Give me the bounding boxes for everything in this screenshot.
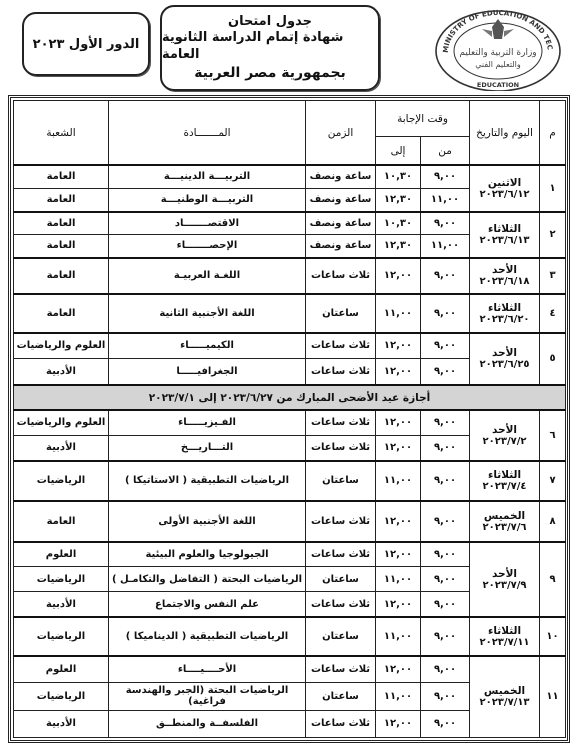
time-from: ٩,٠٠ <box>421 461 470 501</box>
table-row: ١ الاثنين٢٠٢٣/٦/١٢ ٩,٠٠ ١٠,٣٠ ساعة ونصف … <box>14 165 566 188</box>
time-from: ٩,٠٠ <box>421 436 470 461</box>
exam-date: ٢٠٢٣/٦/٢٠ <box>472 314 537 326</box>
day-date-cell: الخميس٢٠٢٣/٧/١٣ <box>470 656 540 738</box>
day-name: الاثنين <box>472 177 537 189</box>
col-header-branch: الشعبة <box>14 101 109 166</box>
day-date-cell: الثلاثاء٢٠٢٣/٧/٤ <box>470 461 540 501</box>
branch: العامة <box>14 165 109 188</box>
day-date-cell: الأحد٢٠٢٣/٧/٩ <box>470 542 540 618</box>
time-from: ٩,٠٠ <box>421 542 470 567</box>
branch: العامة <box>14 501 109 541</box>
day-number: ١١ <box>540 656 566 738</box>
branch: العامة <box>14 235 109 258</box>
time-from: ٩,٠٠ <box>421 656 470 683</box>
day-date-cell: الأحد٢٠٢٣/٦/١٨ <box>470 258 540 294</box>
duration: ثلاث ساعات <box>306 359 376 385</box>
time-from: ٩,٠٠ <box>421 710 470 737</box>
time-from: ٩,٠٠ <box>421 410 470 435</box>
branch: الأدبية <box>14 436 109 461</box>
day-number: ٦ <box>540 410 566 460</box>
subject: الكيميـــــاء <box>109 333 306 359</box>
time-from: ٩,٠٠ <box>421 294 470 332</box>
svg-text:EDUCATION: EDUCATION <box>477 81 519 89</box>
duration: ثلاث ساعات <box>306 656 376 683</box>
title-line-3: بجمهورية مصر العربية <box>194 64 346 82</box>
branch: العلوم <box>14 656 109 683</box>
time-to: ١١,٠٠ <box>376 461 421 501</box>
time-to: ١٢,٠٠ <box>376 333 421 359</box>
exam-date: ٢٠٢٣/٧/٦ <box>472 522 537 534</box>
table-row: ٥ الأحد٢٠٢٣/٦/٢٥ ٩,٠٠ ١٢,٠٠ ثلاث ساعات ا… <box>14 333 566 359</box>
table-row: ٤ الثلاثاء٢٠٢٣/٦/٢٠ ٩,٠٠ ١١,٠٠ ساعتان ال… <box>14 294 566 332</box>
table-row: ٣ الأحد٢٠٢٣/٦/١٨ ٩,٠٠ ١٢,٠٠ ثلاث ساعات ا… <box>14 258 566 294</box>
exam-date: ٢٠٢٣/٦/١٢ <box>472 189 537 201</box>
day-number: ٧ <box>540 461 566 501</box>
subject: الاقتصـــــــاد <box>109 212 306 235</box>
table-row: ١١ الخميس٢٠٢٣/٧/١٣ ٩,٠٠ ١٢,٠٠ ثلاث ساعات… <box>14 656 566 683</box>
day-name: الأحد <box>472 424 537 436</box>
day-name: الأحد <box>472 568 537 580</box>
branch: العامة <box>14 258 109 294</box>
time-from: ٩,٠٠ <box>421 617 470 655</box>
time-to: ١٠,٣٠ <box>376 212 421 235</box>
branch: الأدبية <box>14 710 109 737</box>
time-from: ٩,٠٠ <box>421 501 470 541</box>
exam-date: ٢٠٢٣/٦/١٨ <box>472 276 537 288</box>
holiday-note: أجازة عيد الأضحى المبارك من ٢٠٢٣/٦/٢٧ إل… <box>14 385 566 410</box>
day-number: ١ <box>540 165 566 211</box>
subject: الإحصـــــــاء <box>109 235 306 258</box>
time-to: ١١,٠٠ <box>376 567 421 592</box>
duration: ثلاث ساعات <box>306 333 376 359</box>
time-to: ١٢,٠٠ <box>376 436 421 461</box>
time-to: ١٠,٣٠ <box>376 165 421 188</box>
day-number: ٨ <box>540 501 566 541</box>
branch: الأدبية <box>14 359 109 385</box>
day-date-cell: الثلاثاء٢٠٢٣/٧/١١ <box>470 617 540 655</box>
exam-date: ٢٠٢٣/٧/٩ <box>472 580 537 592</box>
day-name: الثلاثاء <box>472 223 537 235</box>
branch: العلوم والرياضيات <box>14 333 109 359</box>
day-date-cell: الثلاثاء٢٠٢٣/٦/١٣ <box>470 212 540 258</box>
branch: العامة <box>14 212 109 235</box>
branch: العامة <box>14 188 109 211</box>
duration: ساعتان <box>306 683 376 710</box>
subject: الرياضيات التطبيقية ( الاستاتيكا ) <box>109 461 306 501</box>
day-name: الثلاثاء <box>472 469 537 481</box>
subject: الرياضيات البحتة ( التفاضل والتكامـل ) <box>109 567 306 592</box>
subject: الجغرافيـــــا <box>109 359 306 385</box>
time-from: ٩,٠٠ <box>421 165 470 188</box>
col-header-from: من <box>421 137 470 165</box>
col-header-num: م <box>540 101 566 166</box>
subject: الفـيزيـــــاء <box>109 410 306 435</box>
col-header-to: إلى <box>376 137 421 165</box>
duration: ساعتان <box>306 617 376 655</box>
time-from: ١١,٠٠ <box>421 235 470 258</box>
branch: العلوم والرياضيات <box>14 410 109 435</box>
table-row: ٨ الخميس٢٠٢٣/٧/٦ ٩,٠٠ ١٢,٠٠ ثلاث ساعات ا… <box>14 501 566 541</box>
exam-date: ٢٠٢٣/٦/٢٥ <box>472 359 537 371</box>
time-to: ١٢,٠٠ <box>376 710 421 737</box>
time-to: ١٢,٠٠ <box>376 542 421 567</box>
day-name: الثلاثاء <box>472 625 537 637</box>
branch: الرياضيات <box>14 567 109 592</box>
table-row: ٧ الثلاثاء٢٠٢٣/٧/٤ ٩,٠٠ ١١,٠٠ ساعتان الر… <box>14 461 566 501</box>
time-to: ١٢,٠٠ <box>376 258 421 294</box>
day-number: ٤ <box>540 294 566 332</box>
time-to: ١٢,٠٠ <box>376 501 421 541</box>
time-to: ١١,٠٠ <box>376 683 421 710</box>
time-from: ١١,٠٠ <box>421 188 470 211</box>
time-to: ١٢,٠٠ <box>376 410 421 435</box>
time-to: ١١,٠٠ <box>376 294 421 332</box>
duration: ساعتان <box>306 567 376 592</box>
subject: اللغة الأجنبية الأولى <box>109 501 306 541</box>
document-header: الدور الأول ٢٠٢٣ جدول امتحان شهادة إتمام… <box>0 0 578 95</box>
branch: العامة <box>14 294 109 332</box>
svg-text:وزارة التربية والتعليم: وزارة التربية والتعليم <box>459 48 536 58</box>
session-label: الدور الأول ٢٠٢٣ <box>33 37 140 52</box>
duration: ثلاث ساعات <box>306 258 376 294</box>
time-from: ٩,٠٠ <box>421 683 470 710</box>
col-header-day-date: اليوم والتاريخ <box>470 101 540 166</box>
duration: ثلاث ساعات <box>306 410 376 435</box>
time-from: ٩,٠٠ <box>421 258 470 294</box>
time-to: ١٢,٣٠ <box>376 235 421 258</box>
day-date-cell: الخميس٢٠٢٣/٧/٦ <box>470 501 540 541</box>
day-date-cell: الأحد٢٠٢٣/٧/٢ <box>470 410 540 460</box>
branch: الأدبية <box>14 592 109 617</box>
day-number: ٥ <box>540 333 566 385</box>
ministry-emblem-icon: MINISTRY OF EDUCATION AND TECHNICAL EDUC… <box>432 5 564 91</box>
time-to: ١٢,٠٠ <box>376 656 421 683</box>
duration: ساعة ونصف <box>306 188 376 211</box>
branch: الرياضيات <box>14 683 109 710</box>
subject: الفلسفــة والمنطــق <box>109 710 306 737</box>
subject: التـــاريـــخ <box>109 436 306 461</box>
subject: الرياضيات البحتة (الجبر والهندسة فراغية) <box>109 683 306 710</box>
subject: الأحــــيــــاء <box>109 656 306 683</box>
duration: ساعتان <box>306 461 376 501</box>
time-from: ٩,٠٠ <box>421 333 470 359</box>
subject: علم النفس والاجتماع <box>109 592 306 617</box>
subject: اللغة الأجنبية الثانية <box>109 294 306 332</box>
duration: ثلاث ساعات <box>306 501 376 541</box>
day-number: ١٠ <box>540 617 566 655</box>
table-row: ٩ الأحد٢٠٢٣/٧/٩ ٩,٠٠ ١٢,٠٠ ثلاث ساعات ال… <box>14 542 566 567</box>
exam-date: ٢٠٢٣/٧/١١ <box>472 637 537 649</box>
subject: الجيولوجيا والعلوم البيئية <box>109 542 306 567</box>
duration: ساعة ونصف <box>306 212 376 235</box>
title-box: جدول امتحان شهادة إتمام الدراسة الثانوية… <box>160 5 380 91</box>
branch: الرياضيات <box>14 461 109 501</box>
duration: ساعتان <box>306 294 376 332</box>
table-row: ٦ الأحد٢٠٢٣/٧/٢ ٩,٠٠ ١٢,٠٠ ثلاث ساعات ال… <box>14 410 566 435</box>
time-to: ١٢,٣٠ <box>376 188 421 211</box>
duration: ساعة ونصف <box>306 235 376 258</box>
duration: ثلاث ساعات <box>306 710 376 737</box>
duration: ساعة ونصف <box>306 165 376 188</box>
branch: الرياضيات <box>14 617 109 655</box>
title-line-1: جدول امتحان <box>228 14 312 31</box>
exam-date: ٢٠٢٣/٧/٤ <box>472 481 537 493</box>
exam-date: ٢٠٢٣/٧/٢ <box>472 436 537 448</box>
day-name: الثلاثاء <box>472 302 537 314</box>
duration: ثلاث ساعات <box>306 542 376 567</box>
holiday-row: أجازة عيد الأضحى المبارك من ٢٠٢٣/٦/٢٧ إل… <box>14 385 566 410</box>
col-header-answer-time: وقت الإجابة <box>376 101 470 137</box>
svg-text:والتعليم الفني: والتعليم الفني <box>475 60 521 69</box>
table-row: ١٠ الثلاثاء٢٠٢٣/٧/١١ ٩,٠٠ ١١,٠٠ ساعتان ا… <box>14 617 566 655</box>
time-from: ٩,٠٠ <box>421 567 470 592</box>
day-name: الأحد <box>472 347 537 359</box>
session-box: الدور الأول ٢٠٢٣ <box>22 12 150 76</box>
time-from: ٩,٠٠ <box>421 359 470 385</box>
col-header-subject: المـــــــادة <box>109 101 306 166</box>
col-header-duration: الزمن <box>306 101 376 166</box>
branch: العلوم <box>14 542 109 567</box>
table-header-row: م اليوم والتاريخ وقت الإجابة الزمن المــ… <box>14 101 566 137</box>
day-date-cell: الاثنين٢٠٢٣/٦/١٢ <box>470 165 540 211</box>
subject: الرياضيات التطبيقية ( الديناميكا ) <box>109 617 306 655</box>
table-row: ٢ الثلاثاء٢٠٢٣/٦/١٣ ٩,٠٠ ١٠,٣٠ ساعة ونصف… <box>14 212 566 235</box>
subject: اللغـة العربيـة <box>109 258 306 294</box>
subject: التربيـــة الدينيـــة <box>109 165 306 188</box>
exam-date: ٢٠٢٣/٦/١٣ <box>472 235 537 247</box>
day-name: الخميس <box>472 685 537 697</box>
day-number: ٢ <box>540 212 566 258</box>
exam-schedule-table: م اليوم والتاريخ وقت الإجابة الزمن المــ… <box>8 95 570 743</box>
time-to: ١١,٠٠ <box>376 617 421 655</box>
day-number: ٣ <box>540 258 566 294</box>
time-from: ٩,٠٠ <box>421 592 470 617</box>
subject: التربيـــة الوطنيـــة <box>109 188 306 211</box>
title-line-2: شهادة إتمام الدراسة الثانوية العامة <box>162 30 378 64</box>
day-name: الخميس <box>472 510 537 522</box>
time-to: ١٢,٠٠ <box>376 359 421 385</box>
day-name: الأحد <box>472 264 537 276</box>
time-from: ٩,٠٠ <box>421 212 470 235</box>
exam-date: ٢٠٢٣/٧/١٣ <box>472 697 537 709</box>
day-number: ٩ <box>540 542 566 618</box>
time-to: ١٢,٠٠ <box>376 592 421 617</box>
day-date-cell: الأحد٢٠٢٣/٦/٢٥ <box>470 333 540 385</box>
duration: ثلاث ساعات <box>306 592 376 617</box>
day-date-cell: الثلاثاء٢٠٢٣/٦/٢٠ <box>470 294 540 332</box>
duration: ثلاث ساعات <box>306 436 376 461</box>
